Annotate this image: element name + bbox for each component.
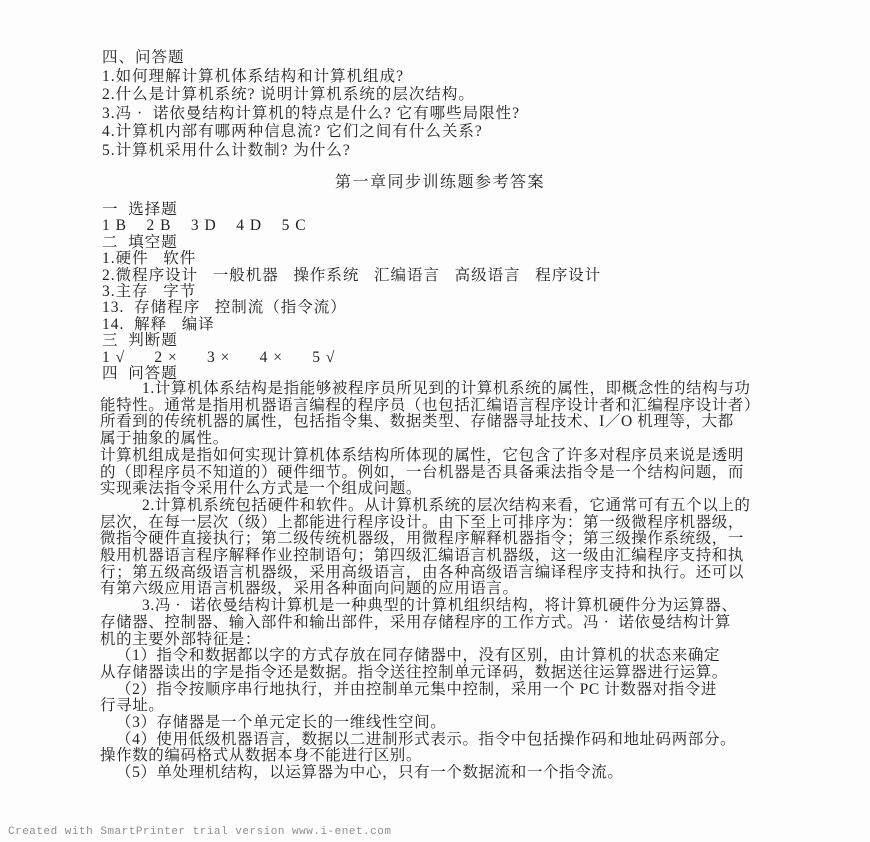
text-line: 1 √ 2 × 3 × 4 × 5 √ — [102, 350, 601, 366]
footer-watermark: Created with SmartPrinter trial version … — [8, 826, 391, 838]
text-line: 2.微程序设计 一般机器 操作系统 汇编语言 高级语言 程序设计 — [102, 268, 601, 284]
text-line: 般用机器语言程序解释作业控制语句；第四级汇编语言机器级，这一级由汇编程序支持和执 — [100, 548, 790, 565]
text-line: 的（即程序员不知道的）硬件细节。例如，一台机器是否具备乘法指令是一个结构问题，而 — [100, 465, 790, 482]
text-line: 机的主要外部特征是： — [100, 632, 790, 649]
text-line: 4.计算机内部有哪两种信息流? 它们之间有什么关系? — [102, 123, 520, 142]
answers-section: 一 选择题1 B 2 B 3 D 4 D 5 C二 填空题1.硬件 软件2.微程… — [102, 202, 601, 382]
body-paragraph: 1.计算机体系结构是指能够被程序员所见到的计算机系统的属性，即概念性的结构与功能… — [100, 381, 790, 498]
text-line: 3.冯 · 诺依曼结构计算机的特点是什么? 它有哪些局限性? — [102, 105, 520, 124]
text-line: 层次，在每一层次（级）上都能进行程序设计。由下至上可排序为：第一级微程序机器级， — [100, 515, 790, 532]
text-line: 2.什么是计算机系统? 说明计算机系统的层次结构。 — [102, 86, 520, 105]
text-line: 1.如何理解计算机体系结构和计算机组成? — [102, 68, 520, 87]
text-line: 行；第五级高级语言机器级，采用高级语言，由各种高级语言编译程序支持和执行。还可以 — [100, 565, 790, 582]
text-line: 从存储器读出的字是指令还是数据。指令送往控制单元译码，数据送往运算器进行运算。 — [100, 665, 790, 682]
text-line: 属于抽象的属性。 — [100, 431, 790, 448]
text-line: 所看到的传统机器的属性，包括指令集、数据类型、存储器寻址技术、I／O 机理等，大… — [100, 414, 790, 431]
body-paragraph: （3）存储器是一个单元定长的一维线性空间。 — [100, 715, 790, 732]
body-paragraph: （5）单处理机结构，以运算器为中心，只有一个数据流和一个指令流。 — [100, 765, 790, 782]
text-line: 1 B 2 B 3 D 4 D 5 C — [102, 218, 601, 234]
question-section: 四、问答题1.如何理解计算机体系结构和计算机组成?2.什么是计算机系统? 说明计… — [102, 49, 520, 160]
text-line: 行寻址。 — [100, 698, 790, 715]
text-line: （2）指令按顺序串行地执行，并由控制单元集中控制，采用一个 PC 计数器对指令进 — [100, 682, 790, 699]
text-line: 14. 解释 编译 — [102, 317, 601, 333]
text-line: （3）存储器是一个单元定长的一维线性空间。 — [100, 715, 790, 732]
body-paragraph: （2）指令按顺序串行地执行，并由控制单元集中控制，采用一个 PC 计数器对指令进… — [100, 682, 790, 715]
document-page: 四、问答题1.如何理解计算机体系结构和计算机组成?2.什么是计算机系统? 说明计… — [0, 0, 870, 842]
text-line: 有第六级应用语言机器级，采用各种面向问题的应用语言。 — [100, 581, 790, 598]
body-paragraph: （4）使用低级机器语言，数据以二进制形式表示。指令中包括操作码和地址码两部分。操… — [100, 732, 790, 765]
text-line: （5）单处理机结构，以运算器为中心，只有一个数据流和一个指令流。 — [100, 765, 790, 782]
text-line: 三 判断题 — [102, 333, 601, 349]
text-line: 5.计算机采用什么计数制? 为什么? — [102, 142, 520, 161]
text-line: 存储器、控制器、输入部件和输出部件，采用存储程序的工作方式。冯 · 诺依曼结构计… — [100, 615, 790, 632]
body-paragraph: 2.计算机系统包括硬件和软件。从计算机系统的层次结构来看，它通常可有五个以上的层… — [100, 498, 790, 598]
text-line: 1.计算机体系结构是指能够被程序员所见到的计算机系统的属性，即概念性的结构与功 — [100, 381, 790, 398]
text-line: 操作数的编码格式从数据本身不能进行区别。 — [100, 748, 790, 765]
essay-answers-section: 1.计算机体系结构是指能够被程序员所见到的计算机系统的属性，即概念性的结构与功能… — [100, 381, 790, 782]
text-line: 3.主存 字节 — [102, 284, 601, 300]
text-line: 四、问答题 — [102, 49, 520, 68]
text-line: 一 选择题 — [102, 202, 601, 218]
text-line: 二 填空题 — [102, 235, 601, 251]
text-line: 3.冯 · 诺依曼结构计算机是一种典型的计算机组织结构，将计算机硬件分为运算器、 — [100, 598, 790, 615]
text-line: 1.硬件 软件 — [102, 251, 601, 267]
text-line: （1）指令和数据都以字的方式存放在同存储器中，没有区别，由计算机的状态来确定 — [100, 648, 790, 665]
text-line: 计算机组成是指如何实现计算机体系结构所体现的属性，它包含了许多对程序员来说是透明 — [100, 448, 790, 465]
body-paragraph: 3.冯 · 诺依曼结构计算机是一种典型的计算机组织结构，将计算机硬件分为运算器、… — [100, 598, 790, 648]
page-title: 第一章同步训练题参考答案 — [102, 169, 778, 192]
text-line: 13. 存储程序 控制流（指令流） — [102, 300, 601, 316]
body-paragraph: （1）指令和数据都以字的方式存放在同存储器中，没有区别，由计算机的状态来确定从存… — [100, 648, 790, 681]
text-line: （4）使用低级机器语言，数据以二进制形式表示。指令中包括操作码和地址码两部分。 — [100, 732, 790, 749]
text-line: 微指令硬件直接执行；第二级传统机器级，用微程序解释机器指令；第三级操作系统级，一 — [100, 531, 790, 548]
text-line: 2.计算机系统包括硬件和软件。从计算机系统的层次结构来看，它通常可有五个以上的 — [100, 498, 790, 515]
text-line: 实现乘法指令采用什么方式是一个组成问题。 — [100, 481, 790, 498]
text-line: 能特性。通常是指用机器语言编程的程序员（也包括汇编语言程序设计者和汇编程序设计者… — [100, 398, 790, 415]
